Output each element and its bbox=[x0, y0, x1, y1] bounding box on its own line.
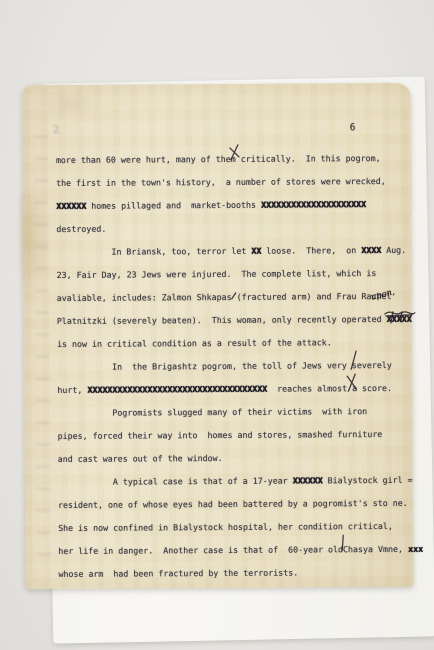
typed-text-segment: She is now confined in Bialystock hospit… bbox=[58, 521, 393, 533]
typed-text-segment: is now in critical condition as a result… bbox=[57, 337, 332, 349]
photo-of-typewritten-page: { "photo": { "page_number": "6", "corner… bbox=[0, 0, 434, 650]
typed-text-segment: In the Brigashtz pogrom, the toll of Jew… bbox=[57, 360, 392, 372]
faint-corner-mark: 2 bbox=[52, 123, 60, 137]
typed-line: Pogromists slugged many of their victims… bbox=[57, 400, 429, 425]
pen-stroke-between-old-and-chasya bbox=[340, 534, 345, 551]
typed-text-segment: 23, Fair Day, 23 Jews were injured. The … bbox=[57, 268, 377, 280]
typed-text-segment: loose. There, on bbox=[261, 245, 361, 256]
typed-text-segment: A typical case is that of a 17-year bbox=[58, 476, 293, 487]
typed-text-segment: avaliable, includes: Zalmon Shkapas (fra… bbox=[57, 291, 392, 303]
typed-line: Platnitzki (severely beaten). This woman… bbox=[57, 308, 429, 333]
typed-text-segment: reaches almost a score. bbox=[267, 383, 392, 394]
typed-line: resident, one of whose eyes had been bat… bbox=[58, 492, 430, 517]
page-number: 6 bbox=[350, 122, 356, 133]
typed-line: hurt, XXXXXXXXXXXXXXXXXXXXXXXXXXXXXXXXXX… bbox=[57, 377, 429, 402]
typed-text-segment: In Briansk, too, terror let bbox=[56, 246, 251, 257]
typed-text-segment: Platnitzki (severely beaten). This woman… bbox=[57, 314, 387, 326]
paper-stain-top bbox=[41, 91, 101, 117]
typed-line: whose arm had been fractured by the terr… bbox=[58, 561, 430, 586]
typed-text-segment: more than 60 were hurt, many of them cri… bbox=[56, 153, 381, 165]
typed-line: destroyed. bbox=[56, 216, 428, 241]
typed-text-segment: Bialystock girl = bbox=[323, 475, 413, 486]
typed-text: more than 60 were hurt, many of them cri… bbox=[56, 147, 431, 586]
typed-line: is now in critical condition as a result… bbox=[57, 331, 429, 356]
typed-text-segment: resident, one of whose eyes had been bat… bbox=[58, 498, 408, 510]
typed-text-segment: hurt, bbox=[57, 385, 87, 395]
struck-out-text: XXXXXXXXXXXXXXXXXXXXX bbox=[261, 199, 366, 210]
pen-x-strike-over-them bbox=[229, 144, 240, 161]
struck-out-text: XXXX bbox=[361, 245, 381, 255]
struck-out-text: xxx bbox=[408, 544, 423, 554]
typed-line: the first in the town's history, a numbe… bbox=[56, 170, 428, 195]
struck-out-text: XXXXXX bbox=[56, 201, 86, 211]
struck-out-text: XXXXXX bbox=[293, 475, 323, 485]
typed-line: her life in danger. Another case is that… bbox=[58, 538, 430, 563]
typed-text-segment: and cast wares out of the window. bbox=[58, 453, 223, 464]
typed-text-segment: whose arm had been fractured by the terr… bbox=[58, 568, 298, 579]
typed-text-segment: destroyed. bbox=[56, 224, 106, 234]
document-page: 2 6 more than 60 were hurt, many of them… bbox=[22, 83, 413, 589]
typed-text-segment: Pogromists slugged many of their victims… bbox=[57, 406, 367, 418]
paper-stain bbox=[19, 193, 50, 303]
typed-text-segment: the first in the town's history, a numbe… bbox=[56, 176, 386, 188]
typed-line: more than 60 were hurt, many of them cri… bbox=[56, 147, 428, 172]
typed-text-segment: Aug. bbox=[381, 245, 406, 255]
typed-line: In the Brigashtz pogrom, the toll of Jew… bbox=[57, 354, 429, 379]
pen-scribble-over-operated-word bbox=[384, 307, 416, 325]
typed-line: and cast wares out of the window. bbox=[58, 446, 430, 471]
typed-line: In Briansk, too, terror let XX loose. Th… bbox=[56, 239, 428, 264]
typed-line: XXXXXX homes pillaged and market-booths … bbox=[56, 193, 428, 218]
typed-text-segment: homes pillaged and market-booths bbox=[86, 200, 261, 211]
struck-out-text: XX bbox=[251, 246, 261, 256]
typed-line: pipes, forced their way into homes and s… bbox=[58, 423, 430, 448]
struck-out-text: XXXXXXXXXXXXXXXXXXXXXXXXXXXXXXXXXXXX bbox=[87, 384, 267, 395]
pen-x-strike-near-almost bbox=[346, 373, 357, 392]
typed-line: She is now confined in Bialystock hospit… bbox=[58, 515, 430, 540]
typed-text-segment: her life in danger. Another case is that… bbox=[58, 544, 408, 556]
pen-slash-after-very bbox=[349, 350, 358, 370]
typed-line: 23, Fair Day, 23 Jews were injured. The … bbox=[57, 262, 429, 287]
typed-line: A typical case is that of a 17-year XXXX… bbox=[58, 469, 430, 494]
pen-caret-after-shkapas bbox=[231, 292, 238, 300]
typed-text-segment: pipes, forced their way into homes and s… bbox=[58, 429, 383, 441]
